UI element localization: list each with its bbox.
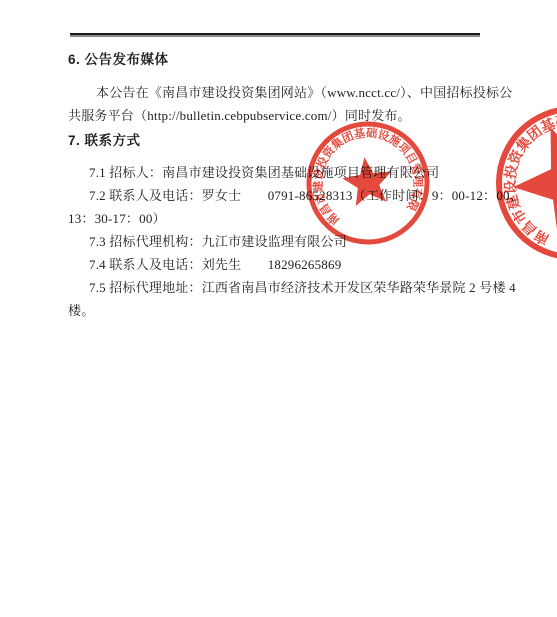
contact-item-agency: 7.3 招标代理机构：九江市建设监理有限公司 (68, 233, 529, 250)
contact-item-tenderer-phone-line-2: 13：30-17：00） (68, 210, 508, 227)
contact-item-tenderer: 7.1 招标人：南昌市建设投资集团基础设施项目管理有限公司 (68, 164, 529, 181)
announcement-media-line-1: 本公告在《南昌市建设投资集团网站》（www.ncct.cc/）、中国招标投标公 (68, 84, 536, 101)
announcement-media-line-2: 共服务平台（http://bulletin.cebpubservice.com/… (68, 107, 508, 124)
section-6-heading: 6. 公告发布媒体 (68, 51, 508, 68)
contact-item-agency-address-line-2: 楼。 (68, 302, 508, 319)
header-divider-line (70, 33, 480, 37)
contact-item-agency-address-line-1: 7.5 招标代理地址：江西省南昌市经济技术开发区荣华路荣华景院 2 号楼 4 (68, 279, 529, 296)
section-7-heading: 7. 联系方式 (68, 132, 508, 149)
document-page: 6. 公告发布媒体 本公告在《南昌市建设投资集团网站》（www.ncct.cc/… (0, 0, 557, 617)
contact-item-tenderer-phone-line-1: 7.2 联系人及电话：罗女士 0791-86528313（工作时间：9：00-1… (68, 187, 529, 204)
contact-item-agency-phone: 7.4 联系人及电话：刘先生 18296265869 (68, 256, 529, 273)
